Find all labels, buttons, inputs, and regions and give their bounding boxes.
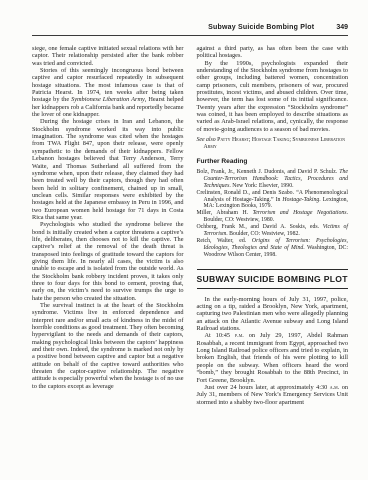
article-title: SUBWAY SUICIDE BOMBING PLOT bbox=[197, 274, 349, 284]
body-paragraph: siege, one female captive initiated sexu… bbox=[32, 45, 184, 67]
body-paragraph: In the early-morning hours of July 31, 1… bbox=[197, 296, 349, 333]
running-header: Subway Suicide Bombing Plot 349 bbox=[32, 24, 348, 36]
book-page: Subway Suicide Bombing Plot 349 siege, o… bbox=[0, 0, 368, 480]
right-column-text-top: against a third party, as has often been… bbox=[197, 45, 349, 133]
body-paragraph: By the 1990s, psychologists expanded the… bbox=[197, 60, 349, 133]
page-number: 349 bbox=[336, 24, 348, 32]
left-column: siege, one female captive initiated sexu… bbox=[32, 45, 184, 406]
bibliography-entry: Reich, Walter, ed. Origins of Terrorism:… bbox=[197, 238, 349, 259]
bibliography-entry: Crelinsten, Ronald D., and Denis Szabo. … bbox=[197, 190, 349, 211]
left-column-text: siege, one female captive initiated sexu… bbox=[32, 45, 184, 390]
see-also-block: See also Patty Hearst; Hostage Taking; S… bbox=[197, 137, 349, 151]
right-column: against a third party, as has often been… bbox=[197, 45, 349, 406]
see-also-line: See also Patty Hearst; Hostage Taking; S… bbox=[197, 137, 349, 151]
bibliography-entry: Miller, Abraham H. Terrorism and Hostage… bbox=[197, 210, 349, 224]
bibliography-entry: Bolz, Frank, Jr., Kenneth J. Dudonis, an… bbox=[197, 169, 349, 190]
two-column-layout: siege, one female captive initiated sexu… bbox=[32, 45, 348, 406]
body-paragraph: against a third party, as has often been… bbox=[197, 45, 349, 60]
running-header-title: Subway Suicide Bombing Plot bbox=[208, 24, 314, 32]
bibliography: Bolz, Frank, Jr., Kenneth J. Dudonis, an… bbox=[197, 169, 349, 259]
bibliography-entry: Ochberg, Frank M., and David A. Soskis, … bbox=[197, 224, 349, 238]
article-heading-block: SUBWAY SUICIDE BOMBING PLOT bbox=[197, 269, 349, 289]
further-reading-heading: Further Reading bbox=[197, 158, 349, 165]
body-paragraph: Stories of this seemingly incongruous bo… bbox=[32, 67, 184, 118]
body-paragraph: The survival instinct is at the heart of… bbox=[32, 302, 184, 390]
right-column-text-bottom: In the early-morning hours of July 31, 1… bbox=[197, 296, 349, 406]
body-paragraph: At 10:45 p.m. on July 29, 1997, Abdel Ra… bbox=[197, 332, 349, 383]
body-paragraph: Just over 24 hours later, at approximate… bbox=[197, 384, 349, 406]
body-paragraph: Psychologists who studied the syndrome b… bbox=[32, 221, 184, 302]
body-paragraph: During the hostage crises in Iran and Le… bbox=[32, 118, 184, 221]
